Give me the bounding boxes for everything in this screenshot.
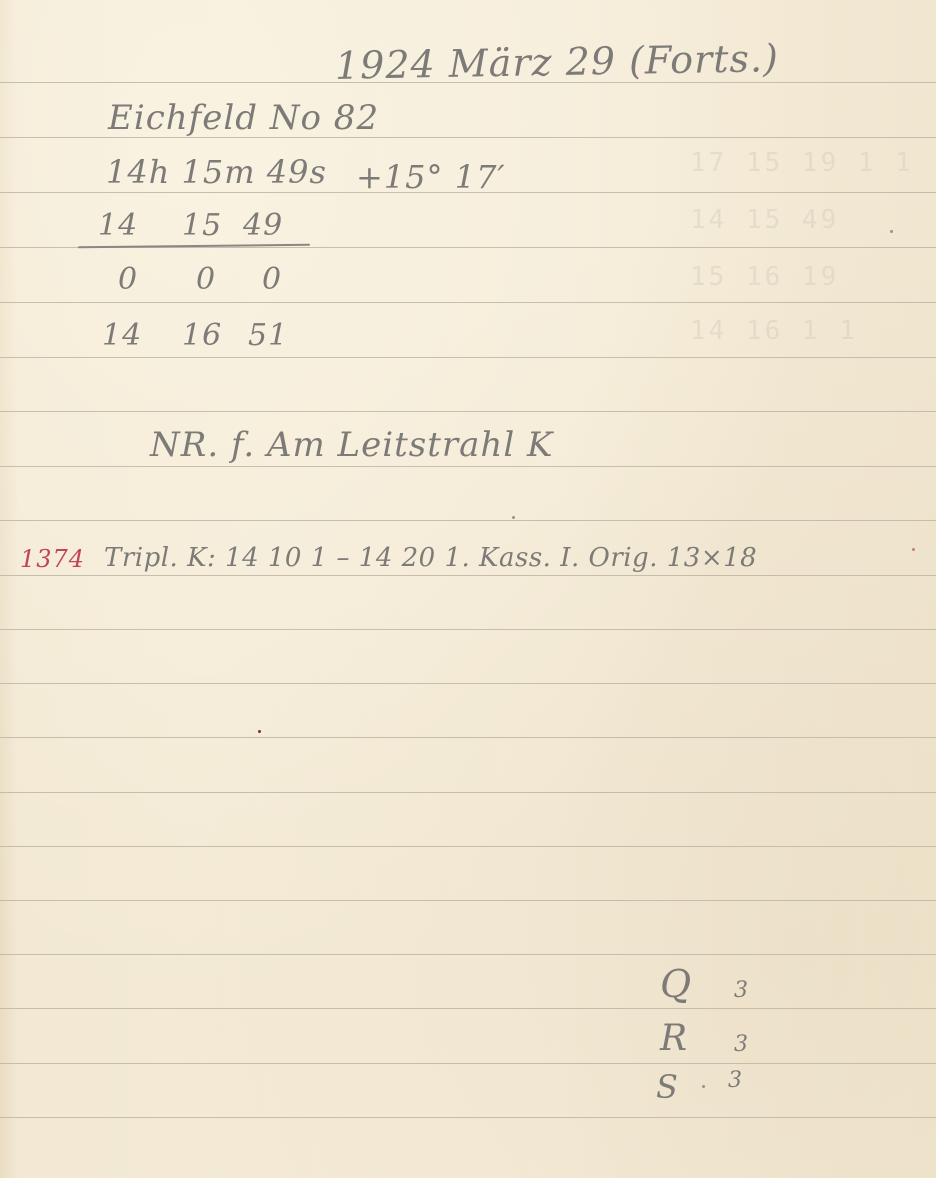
computation-cell: 14 xyxy=(102,318,142,353)
computation-cell: 0 xyxy=(196,262,216,297)
tally-count: 3 xyxy=(734,1032,749,1057)
ruled-line xyxy=(0,1117,936,1118)
ruled-line xyxy=(0,792,936,793)
bleedthrough-text: 14 15 49 xyxy=(690,205,839,235)
paper-speck xyxy=(890,230,893,233)
tally-dot xyxy=(702,1085,705,1088)
ruled-line xyxy=(0,357,936,358)
tally-count: 3 xyxy=(734,978,749,1003)
ruled-line xyxy=(0,1008,936,1009)
computation-cell: 0 xyxy=(118,262,138,297)
ruled-line xyxy=(0,575,936,576)
red-ink-mark xyxy=(912,548,915,551)
computation-cell: 16 xyxy=(182,318,222,353)
plate-number: 1374 xyxy=(20,545,85,573)
bleedthrough-text: 14 16 1 1 xyxy=(690,316,858,346)
computation-cell: 0 xyxy=(262,262,282,297)
right-ascension: 14h 15m 49s xyxy=(106,153,327,191)
declination: +15° 17′ xyxy=(356,158,506,196)
tally-symbol: R xyxy=(660,1018,688,1059)
star-designation: Eichfeld No 82 xyxy=(108,98,379,138)
page-date-heading: 1924 März 29 (Forts.) xyxy=(335,36,780,88)
ruled-line xyxy=(0,629,936,630)
notebook-page: 17 15 19 1 1 1 14 15 49 15 16 19 14 16 1… xyxy=(0,0,936,1178)
ruled-line xyxy=(0,411,936,412)
plate-record-text: Tripl. K: 14 10 1 – 14 20 1. Kass. I. Or… xyxy=(104,543,757,573)
ruled-line xyxy=(0,900,936,901)
computation-cell: 15 xyxy=(182,208,222,243)
bleedthrough-text: 15 16 19 xyxy=(690,262,839,292)
tally-count: 3 xyxy=(728,1068,743,1093)
ruled-line xyxy=(0,466,936,467)
ruled-line xyxy=(0,520,936,521)
ruled-line xyxy=(0,683,936,684)
ruled-line xyxy=(0,846,936,847)
computation-cell: 14 xyxy=(98,208,138,243)
tally-symbol: S xyxy=(656,1068,679,1106)
tally-symbol: Q xyxy=(660,962,692,1006)
ruled-line xyxy=(0,1063,936,1064)
ruled-line xyxy=(0,302,936,303)
paper-speck xyxy=(512,516,515,519)
ruled-line xyxy=(0,737,936,738)
computation-cell: 49 xyxy=(243,208,283,243)
observation-note: NR. f. Am Leitstrahl K xyxy=(150,425,553,465)
computation-cell: 51 xyxy=(248,318,288,353)
bleedthrough-text: 17 15 19 1 1 1 xyxy=(690,148,936,178)
paper-speck xyxy=(258,730,261,733)
ruled-line xyxy=(0,954,936,955)
